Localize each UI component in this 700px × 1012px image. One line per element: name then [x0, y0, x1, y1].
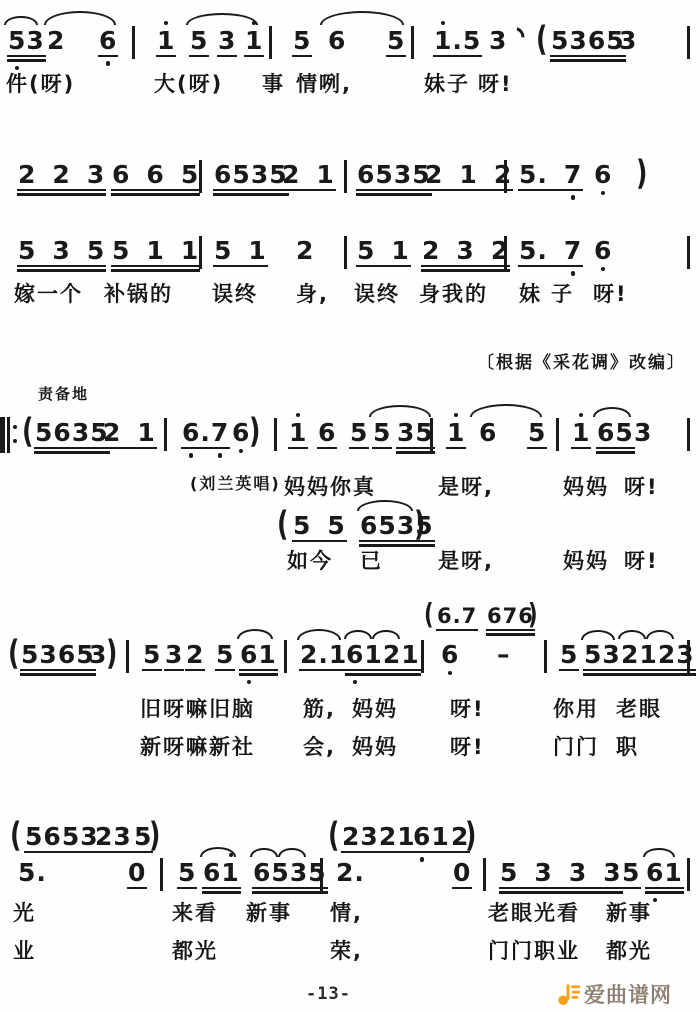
barline — [344, 236, 347, 269]
lyric-text: 呀! — [593, 282, 628, 306]
lyric-line: 件(呀)大(呀)事情咧,妹子呀! — [0, 72, 700, 120]
note-token: 6121 — [346, 642, 420, 667]
lyric-text: 旧呀嘛旧脑 — [140, 697, 255, 721]
note-token: 6.7 — [182, 420, 229, 445]
note-token: 6 6 5 — [112, 162, 199, 187]
lyric-text: 呀! — [624, 549, 659, 573]
lyric-text: 子 — [551, 282, 574, 306]
note-token: 3 — [634, 420, 652, 445]
lyric-text: 都光 — [172, 939, 218, 963]
note-token: 1 — [572, 420, 590, 445]
barline — [687, 640, 690, 673]
note-token: 35 — [397, 420, 434, 445]
lyric-line: 嫁一个补锅的误终身,误终身我的妹子呀! — [0, 282, 700, 330]
barline — [687, 236, 690, 269]
note-token: 5365 — [551, 28, 625, 53]
note-token: 6.7 — [437, 606, 477, 627]
lyric-text: 责备地 — [38, 386, 89, 403]
parenthesis: ( — [536, 22, 548, 56]
note-token: 6 — [99, 28, 117, 53]
note-token: 53 — [8, 28, 45, 53]
barline — [199, 236, 202, 269]
note-token: 23 — [95, 824, 132, 849]
lyric-text: (刘兰英唱) — [190, 475, 281, 493]
lyric-text: 门门 — [553, 735, 599, 759]
note-token: 6 — [441, 642, 459, 667]
note-token: 1 — [245, 28, 263, 53]
lyric-text: 老眼光看 — [488, 901, 580, 925]
lyric-text: 情, — [330, 901, 363, 925]
note-token: 5. — [18, 860, 47, 885]
note-token: 5. 7 — [519, 162, 582, 187]
barline — [160, 858, 163, 891]
slur-arc — [44, 11, 116, 25]
note-token: 61 — [203, 860, 240, 885]
lyric-line: 如今已是呀,妈妈呀! — [0, 549, 700, 597]
note-token: 2 1 — [103, 420, 156, 445]
note-token: – — [497, 642, 511, 667]
lyric-text: 荣, — [330, 939, 363, 963]
barline — [421, 640, 424, 673]
lyric-text: 如今 — [287, 549, 333, 573]
slide-down-mark — [505, 24, 527, 47]
barline — [687, 418, 690, 451]
lyric-text: 呀! — [450, 735, 485, 759]
lyric-text: 业 — [13, 939, 36, 963]
note-token: 1 — [289, 420, 307, 445]
slur-arc — [4, 16, 38, 25]
lyric-text: 来看 — [172, 901, 218, 925]
slur-arc — [186, 13, 258, 25]
barline — [430, 418, 433, 451]
barline — [126, 640, 129, 673]
music-line: 532615315651.53(53653 — [0, 28, 700, 76]
note-token: 5 — [622, 860, 640, 885]
sheet-music-page: 532615315651.53(53653件(呀)大(呀)事情咧,妹子呀!2 2… — [0, 0, 700, 1012]
barline — [504, 236, 507, 269]
barline — [411, 26, 414, 59]
note-token: 61 — [646, 860, 683, 885]
barline — [274, 418, 277, 451]
parenthesis: ) — [465, 818, 477, 852]
note-token: 5635 — [35, 420, 109, 445]
note-token: 0 — [453, 860, 471, 885]
lyric-text: 光 — [13, 901, 36, 925]
note-token: 6 — [594, 238, 612, 263]
lyric-text: 你用 — [553, 697, 599, 721]
music-line: (56352 16.76)1655351651653 — [0, 420, 700, 468]
parenthesis: ( — [8, 636, 20, 670]
note-token: 2 1 2 — [425, 162, 512, 187]
note-token: 5 — [373, 420, 391, 445]
note-token: 3 — [165, 642, 183, 667]
watermark: 爱曲谱网 — [556, 979, 672, 1009]
parenthesis: ( — [424, 600, 435, 628]
note-token: 5 — [387, 28, 405, 53]
barline — [344, 160, 347, 193]
lyric-line: 新呀嘛新社会,妈妈呀!门门职 — [0, 735, 700, 783]
barline — [132, 26, 135, 59]
page-number: -13- — [306, 984, 351, 1004]
parenthesis: ( — [10, 818, 22, 852]
note-token: 1 — [447, 420, 465, 445]
parenthesis: ( — [277, 507, 289, 541]
lyric-text: 妹子 — [424, 72, 470, 96]
note-token: 2 — [47, 28, 65, 53]
barline — [199, 160, 202, 193]
lyric-text: 新呀嘛新社 — [140, 735, 255, 759]
note-token: 1.5 — [434, 28, 481, 53]
lyric-text: 呀! — [478, 72, 513, 96]
parenthesis: ( — [22, 414, 34, 448]
lyric-text: 大(呀) — [154, 72, 223, 96]
note-token: 2.1 — [300, 642, 347, 667]
note-token: 5 1 1 — [112, 238, 199, 263]
parenthesis: ) — [528, 600, 539, 628]
barline — [504, 160, 507, 193]
note-token: 65 — [597, 420, 634, 445]
lyric-text: 身, — [296, 282, 329, 306]
parenthesis: ( — [328, 818, 340, 852]
note-token: 5 — [216, 642, 234, 667]
lyric-text: 妈妈你真 — [284, 475, 376, 499]
note-token: 5 — [178, 860, 196, 885]
note-token: 2 2 3 — [18, 162, 105, 187]
note-token: 5 — [293, 28, 311, 53]
parenthesis: ) — [414, 507, 426, 541]
lyric-text: 补锅的 — [104, 282, 173, 306]
lyric-text: 〔根据《采花调》改编〕 — [477, 354, 686, 374]
note-token: 3 — [218, 28, 236, 53]
lyric-text: 呀! — [624, 475, 659, 499]
note-token: 2123 — [621, 642, 695, 667]
note-token: 6 — [328, 28, 346, 53]
lyric-text: 新事 — [606, 901, 652, 925]
barline — [687, 858, 690, 891]
lyric-text: 老眼 — [616, 697, 662, 721]
music-note-icon — [556, 981, 581, 1007]
lyric-text: 事 — [262, 72, 285, 96]
note-token: 2. — [336, 860, 365, 885]
barline — [544, 640, 547, 673]
note-token: 5 — [143, 642, 161, 667]
parenthesis: ) — [249, 414, 261, 448]
note-token: 5 1 — [357, 238, 410, 263]
barline — [269, 26, 272, 59]
note-token: 5365 — [21, 642, 95, 667]
barline — [284, 640, 287, 673]
music-line: 5 3 55 1 15 125 12 3 25. 76 — [0, 238, 700, 286]
note-token: 6 — [318, 420, 336, 445]
lyric-text: 情咧, — [296, 72, 352, 96]
parenthesis: ) — [106, 636, 118, 670]
note-token: 3 — [619, 28, 637, 53]
note-token: 2 3 2 — [422, 238, 509, 263]
lyric-text: 身我的 — [419, 282, 488, 306]
music-line: (53653)5325612.161216–5532123 — [0, 642, 700, 690]
repeat-sign-icon — [0, 417, 22, 453]
note-token: 5653 — [25, 824, 99, 849]
lyric-text: 妈妈 — [352, 735, 398, 759]
lyric-text: 误终 — [212, 282, 258, 306]
lyric-text: 呀! — [450, 697, 485, 721]
barline — [556, 418, 559, 451]
note-token: 61 — [413, 824, 450, 849]
barline — [687, 26, 690, 59]
note-token: 3 — [489, 28, 507, 53]
lyric-text: 是呀, — [438, 475, 494, 499]
note-token: 5 1 — [214, 238, 267, 263]
note-token: 6 — [232, 420, 250, 445]
note-token: 2321 — [342, 824, 416, 849]
note-token: 6 — [479, 420, 497, 445]
note-token: 5 3 5 — [18, 238, 105, 263]
barline — [164, 418, 167, 451]
note-token: 676 — [487, 606, 534, 627]
note-token: 6535 — [214, 162, 288, 187]
note-token: 1 — [157, 28, 175, 53]
note-token: 5 5 — [293, 513, 346, 538]
lyric-text: 会, — [303, 735, 336, 759]
watermark-site-name: 爱曲谱网 — [584, 979, 672, 1009]
note-token: 2 — [296, 238, 314, 263]
lyric-text: 件(呀) — [6, 72, 75, 96]
lyric-text: 门门职业 — [488, 939, 580, 963]
note-token: 6 — [594, 162, 612, 187]
note-token: 5 — [560, 642, 578, 667]
note-token: 5 — [528, 420, 546, 445]
note-token: 53 — [584, 642, 621, 667]
note-token: 2 1 — [282, 162, 335, 187]
lyric-text: 嫁一个 — [14, 282, 83, 306]
slur-arc — [320, 11, 404, 25]
parenthesis: ) — [149, 818, 161, 852]
lyric-text: 妹 — [519, 282, 542, 306]
note-token: 6535 — [357, 162, 431, 187]
note-token: 5 — [190, 28, 208, 53]
lyric-text: 已 — [360, 549, 383, 573]
lyric-text: 职 — [616, 735, 639, 759]
barline — [320, 858, 323, 891]
note-token: 5 3 3 3 — [500, 860, 622, 885]
note-token: 3 — [89, 642, 107, 667]
lyric-text: 妈妈 — [563, 549, 609, 573]
note-token: 6535 — [253, 860, 327, 885]
lyric-text: 筋, — [303, 697, 336, 721]
note-token: 0 — [128, 860, 146, 885]
lyric-text: 误终 — [354, 282, 400, 306]
lyric-text: 新事 — [246, 901, 292, 925]
note-token: 5. 7 — [519, 238, 582, 263]
lyric-text: 是呀, — [438, 549, 494, 573]
note-token: 2 — [186, 642, 204, 667]
parenthesis: ) — [636, 156, 648, 190]
note-token: 61 — [240, 642, 277, 667]
lyric-text: 妈妈 — [352, 697, 398, 721]
note-token: 5 — [350, 420, 368, 445]
barline — [483, 858, 486, 891]
music-line: 2 2 36 6 565352 165352 1 25. 76) — [0, 162, 700, 210]
lyric-text: 妈妈 — [563, 475, 609, 499]
lyric-text: 都光 — [606, 939, 652, 963]
